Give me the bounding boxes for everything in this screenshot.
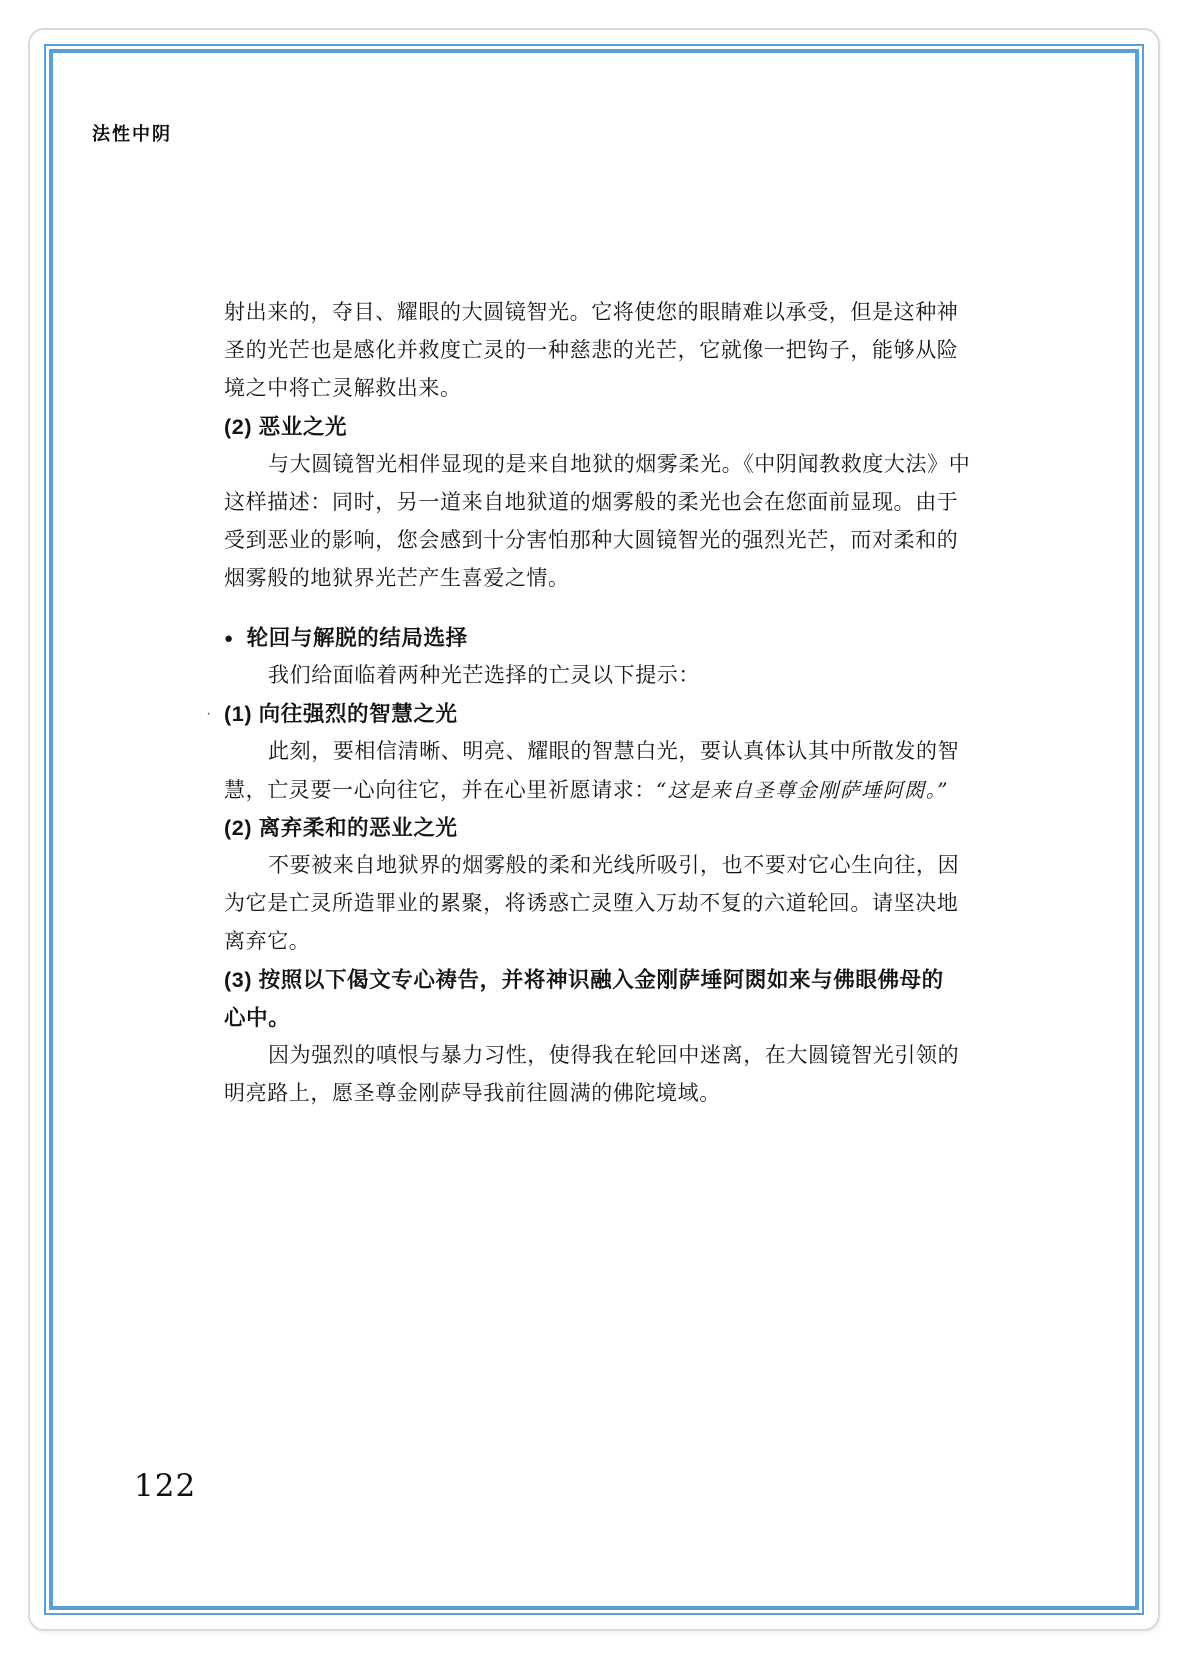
body-line: 射出来的，夺目、耀眼的大圆镜智光。它将使您的眼睛难以承受，但是这种神 (224, 294, 984, 332)
body-line: 我们给面临着两种光芒选择的亡灵以下提示： (224, 657, 984, 695)
prayer-quote-text: “这是来自圣尊金刚萨埵阿閦。” (656, 778, 949, 802)
bullet-section-heading: ●轮回与解脱的结局选择 (224, 619, 984, 657)
body-line: 为它是亡灵所造罪业的累聚，将诱惑亡灵堕入万劫不复的六道轮回。请坚决地 (224, 885, 984, 923)
page-number: 122 (134, 1468, 196, 1504)
bullet-dot-icon: ● (224, 620, 234, 658)
book-page: 法性中阴 射出来的，夺目、耀眼的大圆镜智光。它将使您的眼睛难以承受，但是这种神 … (28, 28, 1160, 1631)
running-header: 法性中阴 (92, 120, 172, 146)
body-line: 此刻，要相信清晰、明亮、耀眼的智慧白光，要认真体认其中所散发的智 (224, 733, 984, 771)
section-heading-abandon-light: (2) 离弃柔和的恶业之光 (224, 809, 984, 847)
section-heading-wisdom-light: ·(1) 向往强烈的智慧之光 (224, 695, 984, 733)
section-heading-pray-line1: (3) 按照以下偈文专心祷告，并将神识融入金刚萨埵阿閦如来与佛眼佛母的 (224, 961, 984, 999)
body-line: 明亮路上，愿圣尊金刚萨导我前往圆满的佛陀境域。 (224, 1075, 984, 1113)
body-line: 受到恶业的影响，您会感到十分害怕那种大圆镜智光的强烈光芒，而对柔和的 (224, 522, 984, 560)
body-text: 慧，亡灵要一心向往它，并在心里祈愿请求： (224, 779, 656, 802)
bullet-heading-label: 轮回与解脱的结局选择 (247, 626, 468, 650)
heading-wisdom-label: (1) 向往强烈的智慧之光 (224, 702, 458, 726)
body-line: 与大圆镜智光相伴显现的是来自地狱的烟雾柔光。《中阴闻教救度大法》中 (224, 446, 984, 484)
body-line: 圣的光芒也是感化并救度亡灵的一种慈悲的光芒，它就像一把钩子，能够从险 (224, 332, 984, 370)
body-line: 这样描述：同时，另一道来自地狱道的烟雾般的柔光也会在您面前显现。由于 (224, 484, 984, 522)
text-column: 射出来的，夺目、耀眼的大圆镜智光。它将使您的眼睛难以承受，但是这种神 圣的光芒也… (224, 294, 984, 1113)
section-heading-evil-light: (2) 恶业之光 (224, 408, 984, 446)
section-heading-pray-line2: 心中。 (224, 999, 984, 1037)
body-line: 因为强烈的嗔恨与暴力习性，使得我在轮回中迷离，在大圆镜智光引领的 (224, 1037, 984, 1075)
body-line: 慧，亡灵要一心向往它，并在心里祈愿请求：“这是来自圣尊金刚萨埵阿閦。” (224, 771, 984, 809)
body-line: 离弃它。 (224, 923, 984, 961)
body-line: 烟雾般的地狱界光芒产生喜爱之情。 (224, 560, 984, 598)
scan-artifact-dot: · (206, 695, 212, 733)
body-line: 不要被来自地狱界的烟雾般的柔和光线所吸引，也不要对它心生向往，因 (224, 847, 984, 885)
body-line: 境之中将亡灵解救出来。 (224, 370, 984, 408)
